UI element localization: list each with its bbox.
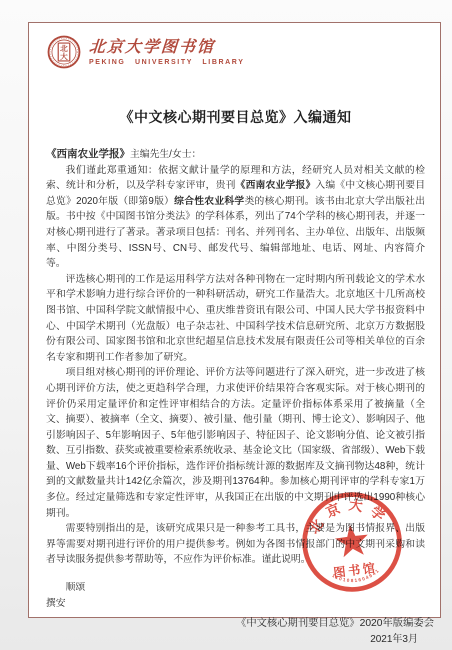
screenshot-root: { "header": { "library_name_cn": "北京大学图书…	[0, 0, 452, 650]
letter-content: 《中文核心期刊要目总览》入编通知 《西南农业学报》主编先生/女士： 我们谨此郑重…	[46, 107, 425, 648]
salutation-suffix: 主编先生/女士：	[130, 149, 201, 160]
svg-text:大: 大	[60, 51, 68, 61]
closing: 顺颂 撰安	[46, 580, 425, 611]
signature: 《中文核心期刊要目总览》2020年版编委会 2021年3月	[46, 616, 434, 648]
paragraph-2: 评选核心期刊的工作是运用科学方法对各种刊物在一定时期内所刊载论文的学术水平和学术…	[46, 272, 425, 366]
library-name-cn: 北京大学图书馆	[88, 38, 245, 56]
paragraph-1: 我们谨此郑重通知：依据文献计量学的原理和方法，经研究人员对相关文献的检索、统计和…	[46, 163, 425, 272]
paragraph-3: 项目组对核心期刊的评价理论、评价方法等问题进行了深入研究，进一步改进了核心期刊评…	[46, 365, 425, 521]
signature-committee: 《中文核心期刊要目总览》2020年版编委会	[46, 616, 434, 632]
library-name-block: 北京大学图书馆 PEKING UNIVERSITY LIBRARY	[89, 38, 244, 66]
para1-journal-name: 《西南农业学报》	[236, 180, 316, 191]
library-name-en: PEKING UNIVERSITY LIBRARY	[89, 59, 244, 66]
closing-zhuanan: 撰安	[46, 596, 425, 612]
salutation: 《西南农业学报》主编先生/女士：	[46, 147, 425, 163]
para1-subject-category: 综合性农业科学	[174, 196, 244, 207]
document-page: 北 大 北京大学图书馆 PEKING UNIVERSITY LIBRARY 《中…	[28, 22, 441, 618]
pku-emblem-icon: 北 大	[47, 35, 81, 69]
library-logo: 北 大 北京大学图书馆 PEKING UNIVERSITY LIBRARY	[47, 35, 244, 69]
notice-title: 《中文核心期刊要目总览》入编通知	[46, 107, 425, 127]
closing-shunsong: 顺颂	[46, 580, 425, 596]
signature-date: 2021年3月	[46, 632, 434, 648]
paragraph-4: 需要特别指出的是，该研究成果只是一种参考工具书，主要是为图书情报界、出版界等需要…	[46, 521, 425, 568]
salutation-journal-name: 《西南农业学报》	[46, 148, 130, 160]
